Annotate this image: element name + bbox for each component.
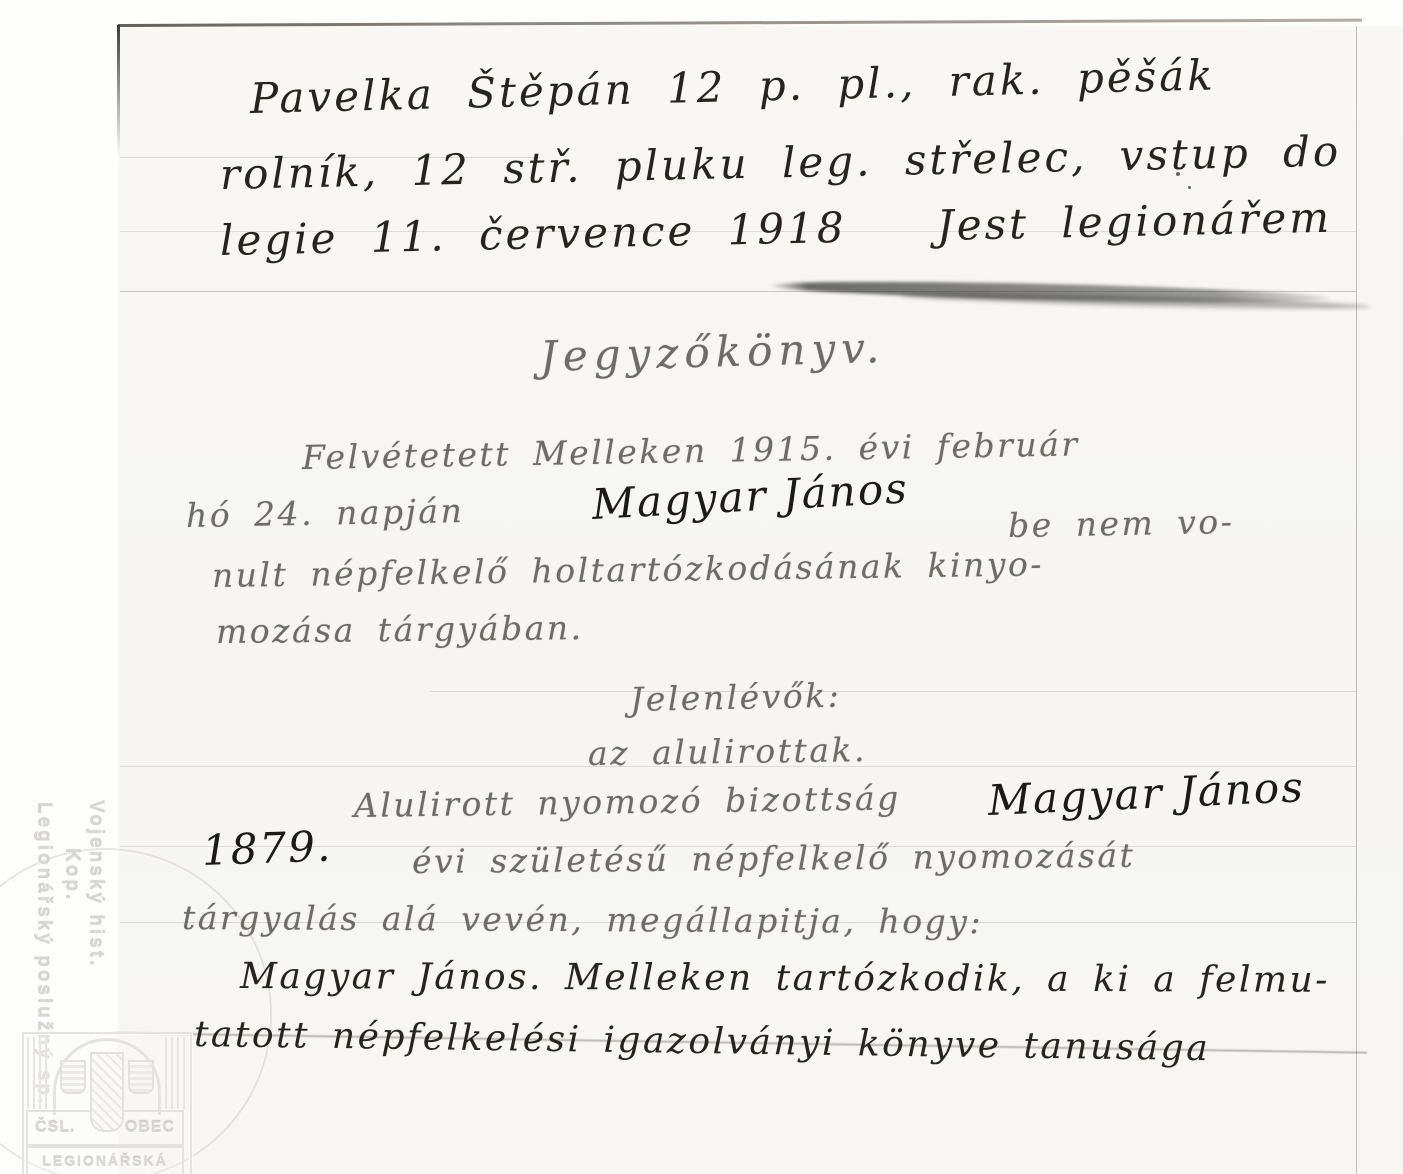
stamp-hatching-left — [27, 1037, 49, 1109]
protocol-title: Jegyzőkönyv. — [539, 323, 885, 381]
paragraph2-line2-rest: évi születésű népfelkelő nyomozását — [412, 836, 1136, 881]
paper-fold-line — [1356, 26, 1357, 1174]
paragraph2-line1-pre: Alulirott nyomozó bizottság — [354, 778, 901, 825]
paragraph1-line4: mozása tárgyában. — [216, 608, 584, 651]
stamp-text-row: LEGIONÁŘSKÁ — [26, 1146, 184, 1174]
ink-header-line-3-note: Jest legionářem — [936, 193, 1332, 250]
watermark-side-text: Kop. — [60, 848, 82, 902]
paper-left-edge — [117, 25, 120, 155]
legion-association-embossed-stamp: ČSL. OBEC LEGIONÁŘSKÁ — [22, 1032, 192, 1174]
stamp-shield-left — [60, 1060, 86, 1094]
stamp-word-csl: ČSL. — [35, 1119, 75, 1137]
stamp-shield-right — [128, 1060, 154, 1094]
watermark-side-text: Vojenský hist. — [84, 800, 106, 968]
present-heading: Jelenlévők: — [630, 676, 842, 719]
stamp-word-legionarska: LEGIONÁŘSKÁ — [42, 1153, 167, 1169]
paragraph2-line3: tárgyalás alá vevén, megállapitja, hogy: — [182, 898, 983, 941]
paragraph2-line4-ink: Magyar János. Melleken tartózkodik, a ki… — [240, 956, 1330, 1001]
ink-speck — [1188, 186, 1191, 189]
ink-speck — [1176, 172, 1180, 176]
stamp-word-obec: OBEC — [125, 1119, 175, 1137]
present-value: az alulirottak. — [588, 730, 867, 773]
scanned-document: Vojenský hist. Kop. Legionářský poslužný… — [0, 0, 1403, 1174]
stamp-hatching-right — [165, 1037, 187, 1109]
birth-year-ink: 1879. — [201, 821, 333, 875]
ruled-line — [430, 691, 1356, 692]
paragraph1-line2-post: be nem vo- — [1008, 502, 1235, 545]
stamp-shield-center-lion — [90, 1052, 124, 1132]
paragraph1-line2-pre: hó 24. napján — [186, 491, 465, 535]
